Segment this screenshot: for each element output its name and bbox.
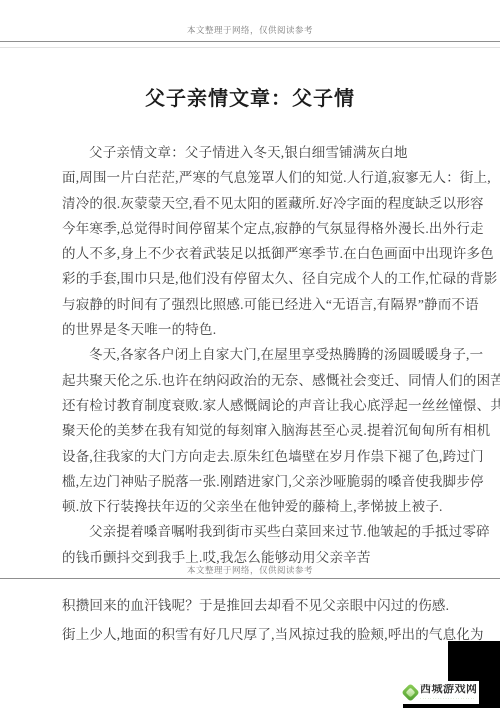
watermark-subtext: ······················· — [420, 697, 476, 701]
body-line: 冬天,各家各户闭上自家大门,在屋里享受热腾腾的汤圆暖暖身子,一 — [62, 342, 440, 367]
body-line: 父亲提着嗓音嘱咐我到街市买些白菜回来过节.他皱起的手抵过零碎 — [62, 519, 440, 544]
page-title: 父子亲情文章：父子情 — [0, 82, 500, 111]
body-line: 的世界是冬天唯一的特色. — [62, 317, 440, 342]
watermark-site-name: 西城游戏网 — [420, 684, 476, 695]
header-rule-secondary — [0, 47, 500, 48]
body-line: 槛,左边门神贴子脱落一张.刚踏进家门,父亲沙哑脆弱的嗓音使我脚步停 — [62, 469, 440, 494]
footer-note: 本文整理于网络，仅供阅读参考 — [0, 564, 500, 576]
header-note: 本文整理于网络，仅供阅读参考 — [0, 24, 500, 36]
body-line: 的人不多,身上不少衣着武装足以抵御严寒季节.在白色画面中出现许多色 — [62, 241, 440, 266]
body-line: 清冷的很.灰蒙蒙天空,看不见太阳的匿藏所.好冷字面的程度缺乏以形容 — [62, 191, 440, 216]
watermark-logo: 西城游戏网 ······················· — [401, 681, 479, 704]
body-line: 街上少人,地面的积雪有好几尺厚了,当风掠过我的脸颊,呼出的气息化为 — [62, 620, 440, 649]
body-line: 设备,往我家的大门方向走去.原朱红色墙壁在岁月作祟下褪了色,跨过门 — [62, 444, 440, 469]
document-page: 本文整理于网络，仅供阅读参考 父子亲情文章：父子情 父子亲情文章：父子情进入冬天… — [0, 0, 500, 708]
article-body-section-2: 积攒回来的血汗钱呢？于是推回去却看不见父亲眼中闪过的伤感. 街上少人,地面的积雪… — [62, 591, 440, 649]
footer-rule — [0, 578, 500, 579]
body-line: 积攒回来的血汗钱呢？于是推回去却看不见父亲眼中闪过的伤感. — [62, 591, 440, 620]
body-line: 聚天伦的美梦在我有知觉的每刻窜入脑海甚至心灵.提着沉甸甸所有相机 — [62, 418, 440, 443]
body-line: 父子亲情文章：父子情进入冬天,银白细雪铺满灰白地 — [62, 140, 440, 165]
watermark-text-group: 西城游戏网 ······················· — [420, 684, 476, 701]
body-line: 面,周围一片白茫茫,严寒的气息笼罩人们的知觉.人行道,寂寥无人：街上, — [62, 165, 440, 190]
body-line: 彩的手套,围巾只是,他们没有停留太久、径自完成个人的工作,忙碌的背影 — [62, 266, 440, 291]
leaf-diamond-icon — [401, 683, 419, 701]
header-rule — [0, 41, 500, 42]
article-body-section-1: 父子亲情文章：父子情进入冬天,银白细雪铺满灰白地 面,周围一片白茫茫,严寒的气息… — [62, 140, 440, 570]
body-line: 与寂静的时间有了强烈比照感.可能已经进入“无语言,有隔界”静而不语 — [62, 292, 440, 317]
body-line: 起共聚天伦之乐.也许在纳闷政治的无奈、感慨社会变迁、同情人们的困苦 — [62, 368, 440, 393]
body-line: 还有检讨教育制度衰败.家人感慨阔论的声音让我心底浮起一丝丝憧憬、共 — [62, 393, 440, 418]
body-line: 今年寒季,总觉得时间停留某个定点,寂静的气氛显得格外漫长.出外行走 — [62, 216, 440, 241]
body-line: 顿.放下行装搀扶年迈的父亲坐在他钟爱的藤椅上,孝悌披上被子. — [62, 494, 440, 519]
